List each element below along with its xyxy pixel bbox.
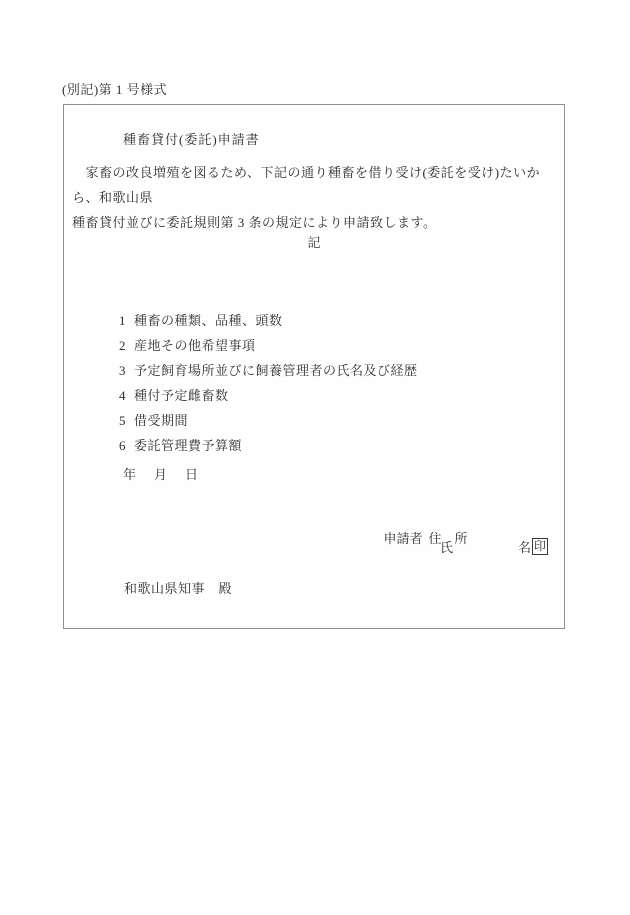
year-label: 年 (123, 464, 136, 483)
item-number: 2 (119, 333, 134, 358)
date-line: 年 月 日 (123, 464, 198, 483)
ki-section-heading: 記 (64, 232, 564, 251)
body-paragraph: 家畜の改良増殖を図るため、下記の通り種畜を借り受け(委託を受け)たいから、和歌山… (72, 160, 562, 235)
document-title: 種畜貸付(委託)申請書 (123, 129, 260, 148)
form-border-box: 種畜貸付(委託)申請書 家畜の改良増殖を図るため、下記の通り種畜を借り受け(委託… (63, 104, 565, 629)
day-label: 日 (185, 464, 198, 483)
addressee-line: 和歌山県知事 殿 (124, 578, 232, 597)
name-label-first: 氏 (440, 537, 453, 556)
item-number: 1 (119, 308, 134, 333)
item-number: 5 (119, 408, 134, 433)
item-number: 6 (119, 433, 134, 458)
item-number: 3 (119, 358, 134, 383)
item-text: 借受期間 (134, 413, 188, 428)
applicant-name-line: 氏 名 印 (440, 537, 548, 556)
list-item: 1種畜の種類、品種、頭数 (89, 283, 418, 308)
month-label: 月 (154, 464, 167, 483)
seal-mark: 印 (532, 538, 548, 555)
name-label-last: 名 (518, 537, 531, 556)
form-number-label: (別記)第 1 号様式 (62, 79, 167, 98)
item-text: 種付予定雌畜数 (134, 388, 229, 403)
applicant-label: 申請者 (384, 531, 423, 546)
item-text: 種畜の種類、品種、頭数 (134, 313, 283, 328)
item-text: 委託管理費予算額 (134, 438, 242, 453)
item-list: 1種畜の種類、品種、頭数 2産地その他希望事項 3予定飼育場所並びに飼養管理者の… (89, 283, 418, 433)
document-page: (別記)第 1 号様式 種畜貸付(委託)申請書 家畜の改良増殖を図るため、下記の… (0, 0, 630, 915)
item-text: 予定飼育場所並びに飼養管理者の氏名及び経歴 (134, 363, 418, 378)
item-text: 産地その他希望事項 (134, 338, 256, 353)
item-number: 4 (119, 383, 134, 408)
